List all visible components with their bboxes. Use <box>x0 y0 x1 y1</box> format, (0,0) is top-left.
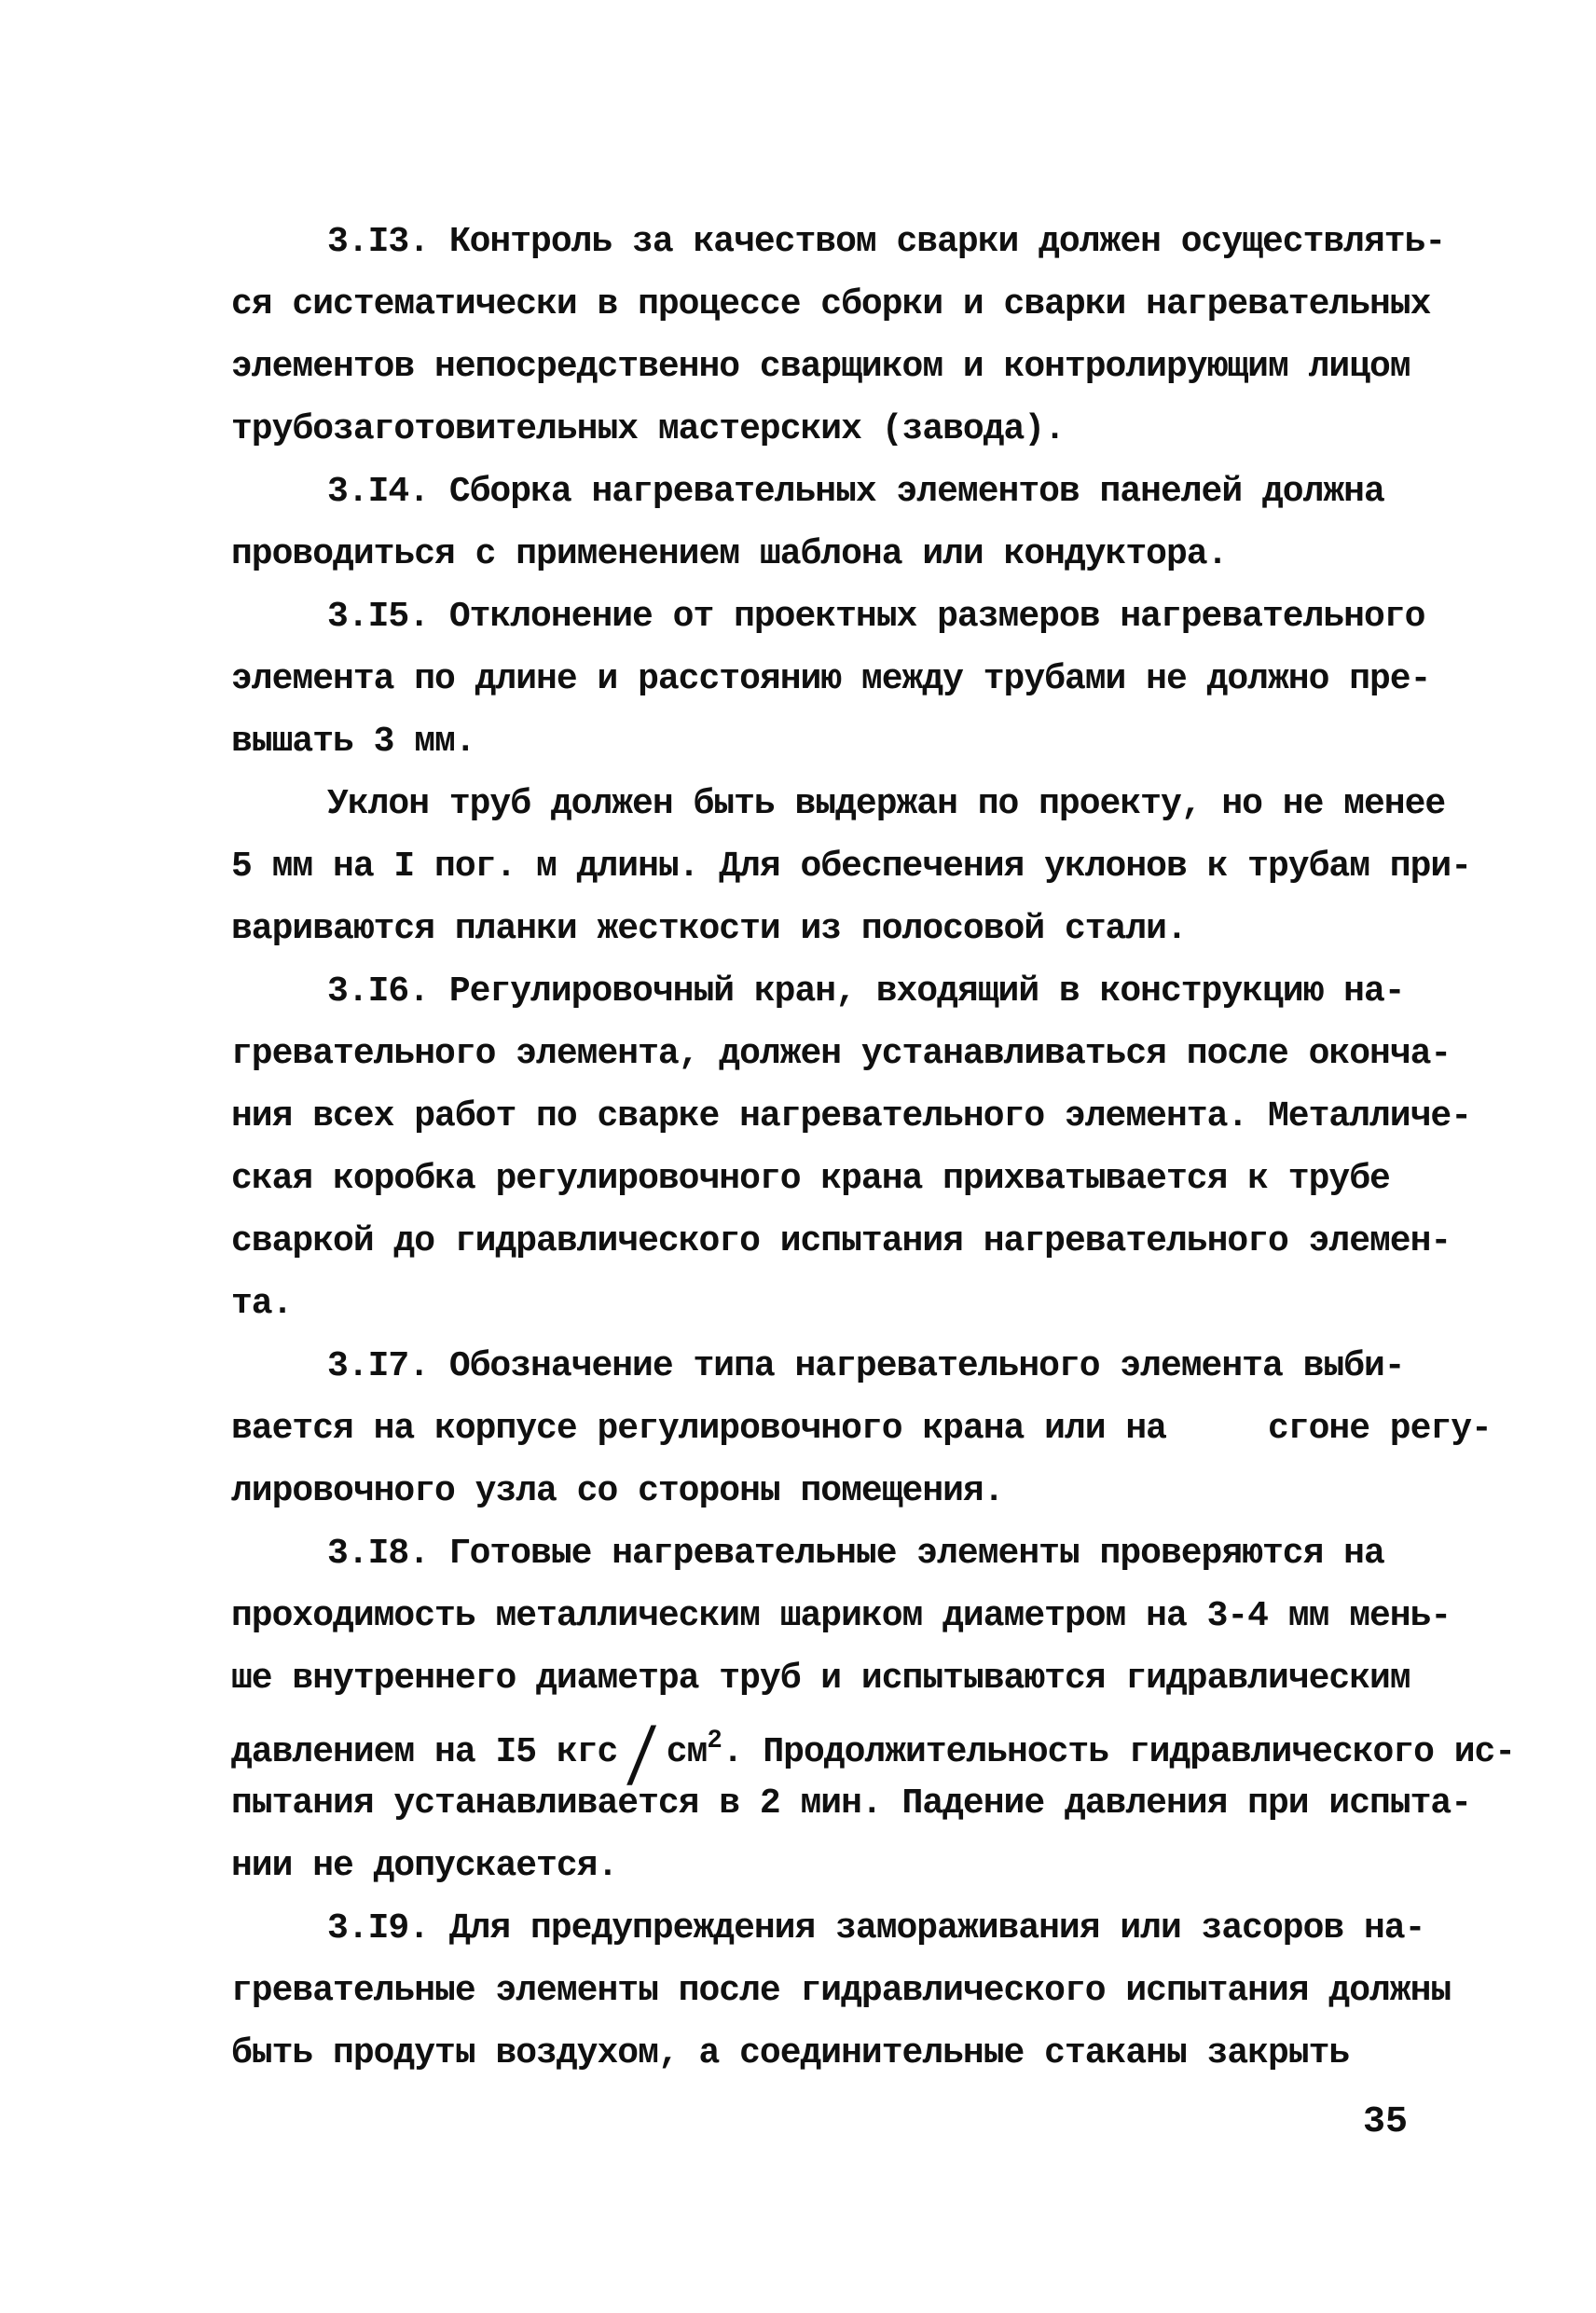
text-line: нии не допускается. <box>231 1835 1555 1897</box>
text-segment: см <box>667 1732 708 1772</box>
text-line: пытания устанавливается в 2 мин. Падение… <box>231 1772 1555 1835</box>
text-segment: давлением на I5 кгс <box>231 1732 617 1772</box>
superscript-exponent: 2 <box>707 1727 722 1755</box>
text-line: Уклон труб должен быть выдержан по проек… <box>231 773 1555 835</box>
text-line: ния всех работ по сварке нагревательного… <box>231 1085 1555 1148</box>
text-line: 3.I6. Регулировочный кран, входящий в ко… <box>231 960 1555 1023</box>
text-line: ская коробка регулировочного крана прихв… <box>231 1148 1555 1210</box>
text-segment: . Продолжительность гидравлического ис- <box>722 1732 1515 1772</box>
page-number: 35 <box>1363 2102 1408 2143</box>
text-line: элементов непосредственно сварщиком и ко… <box>231 336 1555 398</box>
text-line: 3.I5. Отклонение от проектных размеров н… <box>231 585 1555 648</box>
text-line: ся систематически в процессе сборки и св… <box>231 273 1555 336</box>
body-text: 3.I3. Контроль за качеством сварки долже… <box>231 211 1555 2085</box>
text-line: вается на корпусе регулировочного крана … <box>231 1397 1555 1460</box>
text-line: 3.I4. Сборка нагревательных элементов па… <box>231 461 1555 523</box>
text-line: давлением на I5 кгс/см2. Продолжительнос… <box>231 1710 1555 1772</box>
text-line: быть продуты воздухом, а соединительные … <box>231 2022 1555 2085</box>
text-line: лировочного узла со стороны помещения. <box>231 1460 1555 1522</box>
text-line: 3.I8. Готовые нагревательные элементы пр… <box>231 1522 1555 1585</box>
text-line: гревательные элементы после гидравлическ… <box>231 1960 1555 2022</box>
text-line: 5 мм на I пог. м длины. Для обеспечения … <box>231 835 1555 898</box>
text-line: 3.I3. Контроль за качеством сварки долже… <box>231 211 1555 273</box>
text-line: трубозаготовительных мастерских (завода)… <box>231 398 1555 461</box>
text-line: проводиться с применением шаблона или ко… <box>231 523 1555 585</box>
text-line: сваркой до гидравлического испытания наг… <box>231 1210 1555 1273</box>
text-line: гревательного элемента, должен устанавли… <box>231 1023 1555 1085</box>
text-line: вариваются планки жесткости из полосовой… <box>231 898 1555 960</box>
text-line: ше внутреннего диаметра труб и испытываю… <box>231 1647 1555 1710</box>
text-line: та. <box>231 1273 1555 1335</box>
text-line: проходимость металлическим шариком диаме… <box>231 1585 1555 1647</box>
text-line: 3.I9. Для предупреждения замораживания и… <box>231 1897 1555 1960</box>
document-page: 3.I3. Контроль за качеством сварки долже… <box>0 0 1596 2313</box>
text-line: 3.I7. Обозначение типа нагревательного э… <box>231 1335 1555 1397</box>
text-line: элемента по длине и расстоянию между тру… <box>231 648 1555 710</box>
text-line: вышать 3 мм. <box>231 710 1555 773</box>
